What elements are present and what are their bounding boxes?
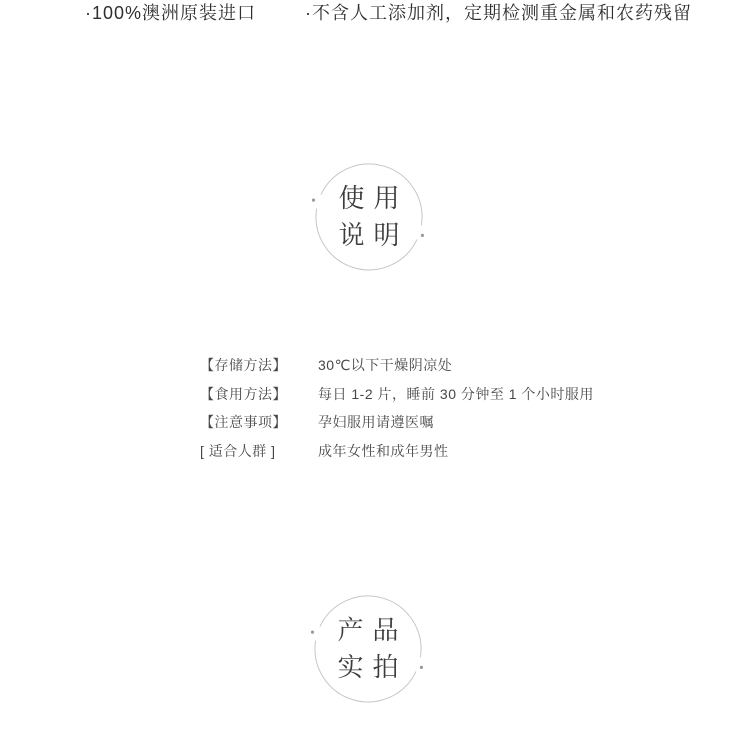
feature-bullet-import: ·100%澳洲原装进口 [85,4,256,24]
usage-instructions-list: 【存储方法】 30℃以下干燥阴凉处 【食用方法】 每日 1-2 片，睡前 30 … [200,351,594,465]
feature-bullet-no-additives: ·不含人工添加剂，定期检测重金属和农药残留 [305,4,692,24]
usage-label: 【食用方法】 [200,384,318,404]
product-description-page: ·100%澳洲原装进口 ·不含人工添加剂，定期检测重金属和农药残留 使用 说明 … [0,0,750,750]
usage-title-line1: 使用 [329,180,408,217]
usage-row-storage: 【存储方法】 30℃以下干燥阴凉处 [200,351,594,380]
usage-title-line2: 说明 [329,217,408,254]
photos-section-badge: 产品 实拍 [303,584,433,714]
usage-value: 每日 1-2 片，睡前 30 分钟至 1 个小时服用 [318,384,594,404]
usage-label: [ 适合人群 ] [200,441,318,461]
usage-value: 成年女性和成年男性 [318,441,449,461]
usage-row-dosage: 【食用方法】 每日 1-2 片，睡前 30 分钟至 1 个小时服用 [200,380,594,409]
photos-section-title: 产品 实拍 [303,584,433,714]
usage-label: 【注意事项】 [200,412,318,432]
usage-section-badge: 使用 说明 [304,152,434,282]
usage-row-caution: 【注意事项】 孕妇服用请遵医嘱 [200,408,594,437]
usage-section-title: 使用 说明 [304,152,434,282]
photos-title-line2: 实拍 [328,649,407,686]
usage-value: 30℃以下干燥阴凉处 [318,355,452,375]
usage-value: 孕妇服用请遵医嘱 [318,412,434,432]
photos-title-line1: 产品 [328,612,407,649]
usage-row-audience: [ 适合人群 ] 成年女性和成年男性 [200,437,594,466]
usage-label: 【存储方法】 [200,355,318,375]
